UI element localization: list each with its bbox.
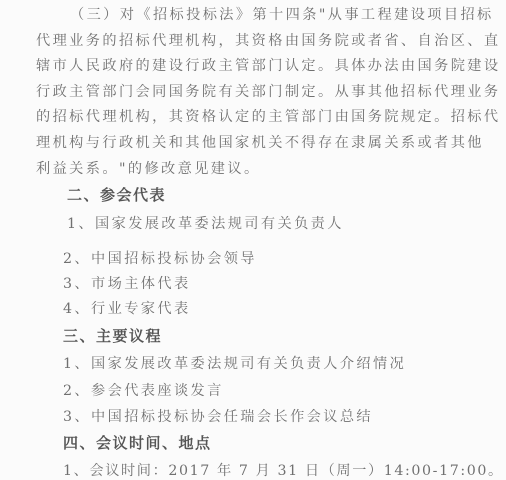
paragraph-line: 利益关系。"的修改意见建议。 <box>36 158 261 178</box>
paragraph-line: 理机构与行政机关和其他国家机关不得存在隶属关系或者其他 <box>36 132 484 152</box>
list-item: 4、行业专家代表 <box>63 298 191 318</box>
list-item: 1、会议时间：2017 年 7 月 31 日（周一）14:00-17:00。 <box>63 460 504 480</box>
paragraph-line: 的招标代理机构，其资格认定的主管部门由国务院规定。招标代 <box>36 106 500 126</box>
document-page: （三）对《招标投标法》第十四条"从事工程建设项目招标 代理业务的招标代理机构，其… <box>0 0 506 480</box>
list-item: 3、市场主体代表 <box>63 273 191 293</box>
list-item: 2、中国招标投标协会领导 <box>63 248 257 268</box>
section-heading: 三、主要议程 <box>63 325 162 346</box>
paragraph-line: 行政主管部门会同国务院有关部门制定。从事其他招标代理业务 <box>36 81 500 101</box>
paragraph-line: 辖市人民政府的建设行政主管部门认定。具体办法由国务院建设 <box>36 55 500 75</box>
list-item: 2、参会代表座谈发言 <box>63 380 224 400</box>
list-item: 1、国家发展改革委法规司有关负责人 <box>67 213 344 233</box>
paragraph-line: 代理业务的招标代理机构，其资格由国务院或者省、自治区、直 <box>36 30 500 50</box>
paragraph-line: （三）对《招标投标法》第十四条"从事工程建设项目招标 <box>70 4 494 24</box>
section-heading: 四、会议时间、地点 <box>63 432 212 453</box>
section-heading: 二、参会代表 <box>67 184 166 205</box>
list-item: 3、中国招标投标协会任瑞会长作会议总结 <box>63 406 373 426</box>
list-item: 1、国家发展改革委法规司有关负责人介绍情况 <box>63 353 406 373</box>
